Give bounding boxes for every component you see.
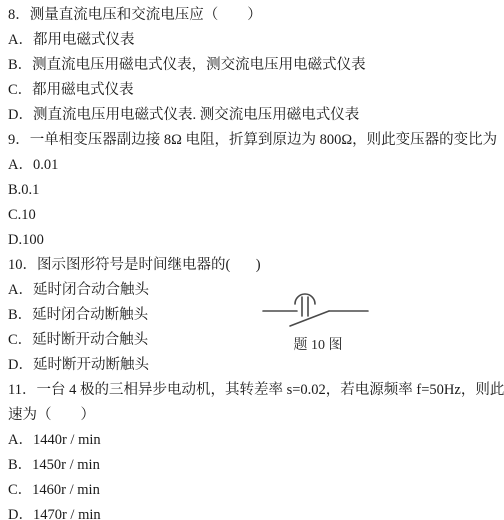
question-8-option-b: B．测直流电压用磁电式仪表，测交流电压用电磁式仪表 xyxy=(8,53,504,78)
question-8-option-d: D．测直流电压用电磁式仪表. 测交流电压用磁电式仪表 xyxy=(8,103,504,128)
exam-page: 8．测量直流电压和交流电压应（ ） A．都用电磁式仪表 B．测直流电压用磁电式仪… xyxy=(0,0,504,520)
question-9-option-a: A．0.01 xyxy=(8,153,504,178)
question-10-figure: 题 10 图 xyxy=(258,288,378,354)
question-9-option-d: D.100 xyxy=(8,228,504,253)
question-9-option-b: B.0.1 xyxy=(8,178,504,203)
question-list: 8．测量直流电压和交流电压应（ ） A．都用电磁式仪表 B．测直流电压用磁电式仪… xyxy=(0,0,504,520)
question-8-stem: 8．测量直流电压和交流电压应（ ） xyxy=(8,3,504,28)
question-11-stem-line2: 速为（ ） xyxy=(8,403,504,428)
question-11-option-a: A．1440r / min xyxy=(8,428,504,453)
question-10-stem: 10．图示图形符号是时间继电器的( ) xyxy=(8,253,504,278)
question-11-option-d: D．1470r / min xyxy=(8,503,504,520)
question-10-option-b: B．延时闭合动断触头 xyxy=(8,303,504,328)
question-11-option-b: B．1450r / min xyxy=(8,453,504,478)
question-8-option-a: A．都用电磁式仪表 xyxy=(8,28,504,53)
question-11-stem-line1: 11．一台 4 极的三相异步电动机，其转差率 s=0.02，若电源频率 f=50… xyxy=(8,378,504,403)
question-9-option-c: C.10 xyxy=(8,203,504,228)
question-10-option-d: D．延时断开动断触头 xyxy=(8,353,504,378)
question-10-option-c: C．延时断开动合触头 xyxy=(8,328,504,353)
figure-caption: 题 10 图 xyxy=(258,334,378,354)
question-10-option-a: A．延时闭合动合触头 xyxy=(8,278,504,303)
time-relay-contact-icon xyxy=(258,288,373,332)
question-9-stem: 9．一单相变压器副边接 8Ω 电阻，折算到原边为 800Ω，则此变压器的变比为（… xyxy=(8,128,504,153)
question-8-option-c: C．都用磁电式仪表 xyxy=(8,78,504,103)
question-11-option-c: C．1460r / min xyxy=(8,478,504,503)
